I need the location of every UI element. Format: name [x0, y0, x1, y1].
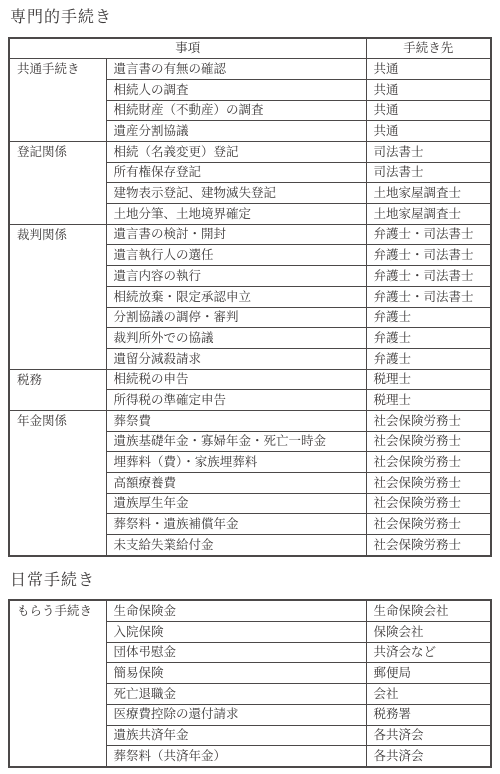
destination-cell: 社会保険労務士: [366, 452, 491, 473]
destination-cell: 土地家屋調査士: [366, 183, 491, 204]
group-label-court: 裁判関係: [9, 224, 106, 369]
item-cell: 埋葬料（費）・家族埋葬料: [106, 452, 366, 473]
destination-cell: 社会保険労務士: [366, 473, 491, 494]
item-cell: 土地分筆、土地境界確定: [106, 204, 366, 225]
item-cell: 遺言内容の執行: [106, 266, 366, 287]
destination-cell: 社会保険労務士: [366, 493, 491, 514]
destination-cell: 税理士: [366, 390, 491, 411]
daily-procedures-table: もらう手続き 生命保険金 生命保険会社 入院保険 保険会社 団体弔慰金 共済会な…: [8, 599, 492, 768]
destination-cell: 弁護士・司法書士: [366, 266, 491, 287]
table-row: 登記関係 相続（名義変更）登記 司法書士: [9, 142, 491, 163]
item-cell: 団体弔慰金: [106, 642, 366, 663]
item-cell: 遺言書の有無の確認: [106, 59, 366, 80]
destination-cell: 弁護士: [366, 328, 491, 349]
item-cell: 遺族基礎年金・寡婦年金・死亡一時金: [106, 431, 366, 452]
item-cell: 建物表示登記、建物滅失登記: [106, 183, 366, 204]
destination-cell: 弁護士・司法書士: [366, 286, 491, 307]
destination-cell: 弁護士: [366, 307, 491, 328]
item-cell: 生命保険金: [106, 600, 366, 621]
destination-cell: 社会保険労務士: [366, 410, 491, 431]
group-label-common: 共通手続き: [9, 59, 106, 142]
item-cell: 相続財産（不動産）の調査: [106, 100, 366, 121]
item-cell: 裁判所外での協議: [106, 328, 366, 349]
table-row: 共通手続き 遺言書の有無の確認 共通: [9, 59, 491, 80]
item-cell: 遺留分減殺請求: [106, 348, 366, 369]
destination-cell: 司法書士: [366, 142, 491, 163]
destination-cell: 保険会社: [366, 622, 491, 643]
destination-cell: 社会保険労務士: [366, 431, 491, 452]
section-title-professional: 専門的手続き: [10, 6, 490, 28]
group-label-tax: 税務: [9, 369, 106, 410]
item-cell: 相続人の調査: [106, 79, 366, 100]
item-cell: 未支給失業給付金: [106, 535, 366, 556]
page: 専門的手続き 事項 手続き先 共通手続き 遺言書の有無の確認 共通 相続人の調査…: [0, 0, 500, 774]
group-label-pension: 年金関係: [9, 410, 106, 555]
item-cell: 相続税の申告: [106, 369, 366, 390]
destination-cell: 共通: [366, 121, 491, 142]
item-cell: 遺族厚生年金: [106, 493, 366, 514]
section-title-daily: 日常手続き: [10, 569, 490, 591]
item-cell: 相続放棄・限定承認申立: [106, 286, 366, 307]
destination-cell: 郵便局: [366, 663, 491, 684]
table-row: 税務 相続税の申告 税理士: [9, 369, 491, 390]
destination-cell: 社会保険労務士: [366, 514, 491, 535]
item-cell: 遺言書の検討・開封: [106, 224, 366, 245]
destination-cell: 社会保険労務士: [366, 535, 491, 556]
column-header-destination: 手続き先: [366, 38, 491, 59]
destination-cell: 税理士: [366, 369, 491, 390]
item-cell: 死亡退職金: [106, 684, 366, 705]
destination-cell: 会社: [366, 684, 491, 705]
group-label-receive: もらう手続き: [9, 600, 106, 767]
item-cell: 遺産分割協議: [106, 121, 366, 142]
destination-cell: 生命保険会社: [366, 600, 491, 621]
table-header-row: 事項 手続き先: [9, 38, 491, 59]
item-cell: 所有権保存登記: [106, 162, 366, 183]
item-cell: 入院保険: [106, 622, 366, 643]
destination-cell: 各共済会: [366, 746, 491, 767]
item-cell: 分割協議の調停・審判: [106, 307, 366, 328]
destination-cell: 共通: [366, 79, 491, 100]
item-cell: 高額療養費: [106, 473, 366, 494]
destination-cell: 共済会など: [366, 642, 491, 663]
destination-cell: 土地家屋調査士: [366, 204, 491, 225]
item-cell: 遺言執行人の選任: [106, 245, 366, 266]
destination-cell: 弁護士・司法書士: [366, 224, 491, 245]
professional-procedures-table: 事項 手続き先 共通手続き 遺言書の有無の確認 共通 相続人の調査 共通 相続財…: [8, 37, 492, 557]
group-label-registration: 登記関係: [9, 142, 106, 225]
table-row: 裁判関係 遺言書の検討・開封 弁護士・司法書士: [9, 224, 491, 245]
destination-cell: 司法書士: [366, 162, 491, 183]
item-cell: 遺族共済年金: [106, 725, 366, 746]
destination-cell: 共通: [366, 59, 491, 80]
item-cell: 葬祭料（共済年金）: [106, 746, 366, 767]
table-row: 年金関係 葬祭費 社会保険労務士: [9, 410, 491, 431]
item-cell: 葬祭料・遺族補償年金: [106, 514, 366, 535]
destination-cell: 共通: [366, 100, 491, 121]
item-cell: 相続（名義変更）登記: [106, 142, 366, 163]
item-cell: 葬祭費: [106, 410, 366, 431]
table-row: もらう手続き 生命保険金 生命保険会社: [9, 600, 491, 621]
destination-cell: 弁護士: [366, 348, 491, 369]
item-cell: 所得税の準確定申告: [106, 390, 366, 411]
destination-cell: 各共済会: [366, 725, 491, 746]
item-cell: 簡易保険: [106, 663, 366, 684]
destination-cell: 税務署: [366, 704, 491, 725]
destination-cell: 弁護士・司法書士: [366, 245, 491, 266]
column-header-item: 事項: [9, 38, 366, 59]
item-cell: 医療費控除の還付請求: [106, 704, 366, 725]
